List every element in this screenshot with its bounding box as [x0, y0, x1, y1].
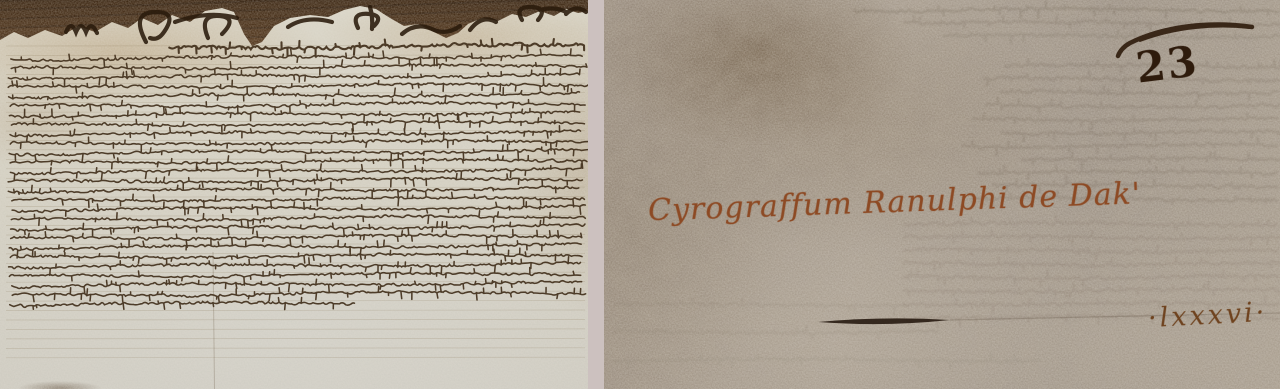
manuscript-photos: 23 Cyrograffum Ranulphi de Dak' ·lxxxvi· [0, 0, 1280, 389]
charter-verso-photo: 23 Cyrograffum Ranulphi de Dak' ·lxxxvi· [604, 0, 1280, 389]
parchment-recto [0, 0, 588, 389]
photo-divider [588, 0, 604, 389]
archive-number-label: 23 [1133, 36, 1201, 92]
charter-recto-photo [0, 0, 588, 389]
folio-number-label: ·lxxxvi· [1147, 297, 1268, 334]
